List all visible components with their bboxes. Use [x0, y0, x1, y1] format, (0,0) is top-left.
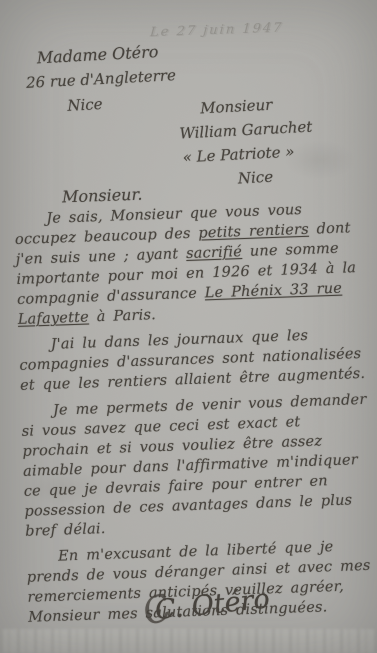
- letter-body: Je sais, Monsieur que vous vous occupez …: [14, 198, 377, 634]
- text-segment: à Paris.: [89, 307, 157, 325]
- paragraph-3: Je me permets de venir vous demander si …: [21, 390, 376, 542]
- paragraph-2: J'ai lu dans les journaux que les compag…: [18, 324, 370, 396]
- text-segment-underlined: petits rentiers: [198, 222, 309, 242]
- paragraph-1: Je sais, Monsieur que vous vous occupez …: [14, 198, 368, 330]
- text-segment-underlined: sacrifié: [186, 244, 242, 262]
- salutation: Monsieur.: [62, 185, 143, 207]
- sender-block: Madame Otéro 26 rue d'Angleterre Nice: [24, 38, 178, 121]
- recipient-block: Monsieur William Garuchet « Le Patriote …: [178, 91, 316, 194]
- scanned-letter-page: Le 27 juin 1947 Madame Otéro 26 rue d'An…: [0, 0, 377, 653]
- date-line: Le 27 juin 1947: [150, 19, 341, 41]
- bleed-through-band: [0, 629, 377, 653]
